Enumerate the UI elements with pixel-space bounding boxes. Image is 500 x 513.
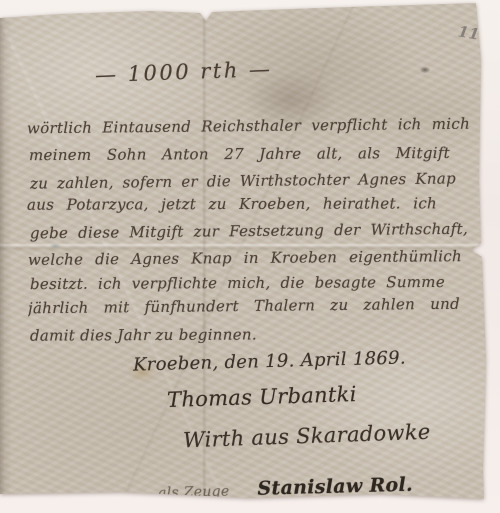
date-line: Kroeben, den 19. April 1869. [133, 347, 406, 375]
amount-heading: — 1000 rth — [95, 57, 273, 87]
manuscript-line-1: wörtlich Eintausend Reichsthaler verpfli… [27, 114, 470, 141]
witness-prefix: als Zeuge [158, 483, 230, 501]
manuscript-line-3: zu zahlen, sofern er die Wirthstochter A… [30, 168, 456, 195]
document-paper-wrapper: 11 — 1000 rth — wörtlich Eintausend Reic… [0, 0, 500, 513]
signature-thomas-urbantki: Thomas Urbantki [167, 382, 357, 412]
manuscript-line-6: welche die Agnes Knap in Kroeben eigenth… [28, 246, 462, 272]
manuscript-line-8: jährlich mit fünfhundert Thalern zu zahl… [28, 294, 460, 321]
signature-occupation-line: Wirth aus Skaradowke [183, 420, 431, 453]
manuscript-line-2: meinem Sohn Anton 27 Jahre alt, als Mitg… [29, 143, 450, 167]
manuscript-line-4: aus Potarzyca, jetzt zu Kroeben, heirath… [27, 193, 437, 216]
manuscript-line-5: gebe diese Mitgift zur Festsetzung der W… [30, 219, 468, 246]
witness-line: als ZeugeStanislaw Rol. [158, 474, 413, 503]
manuscript-paper: 11 — 1000 rth — wörtlich Eintausend Reic… [0, 0, 500, 513]
manuscript-line-7: besitzt. ich verpflichte mich, die besag… [30, 272, 445, 296]
witness-signature: Stanislaw Rol. [257, 474, 413, 500]
folio-number: 11 [457, 22, 481, 43]
manuscript-line-9: damit dies Jahr zu beginnen. [30, 324, 270, 347]
